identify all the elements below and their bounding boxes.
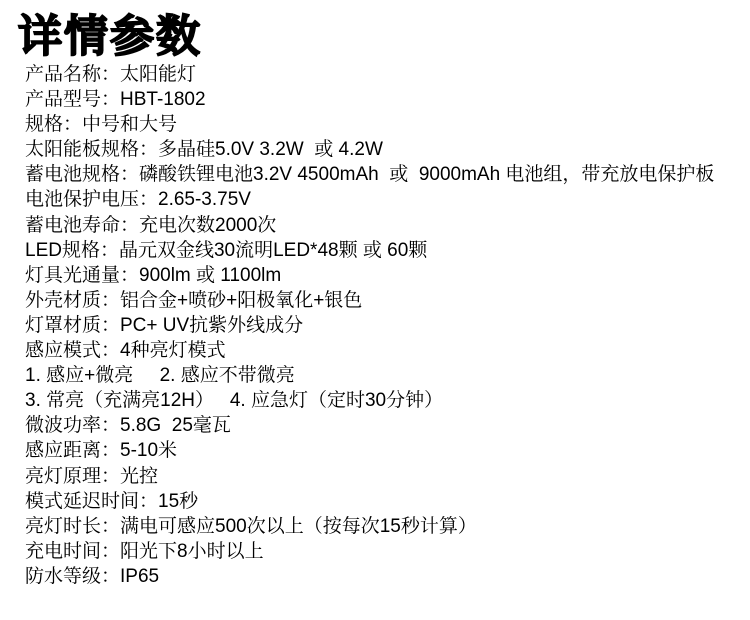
spec-line: 外壳材质：铝合金+喷砂+阳极氧化+银色 xyxy=(25,288,750,313)
spec-line: 产品型号：HBT-1802 xyxy=(25,87,750,112)
spec-line: 充电时间：阳光下8小时以上 xyxy=(25,539,750,564)
spec-line: 灯罩材质：PC+ UV抗紫外线成分 xyxy=(25,313,750,338)
spec-line: 感应模式：4种亮灯模式 xyxy=(25,338,750,363)
spec-line: LED规格：晶元双金线30流明LED*48颗 或 60颗 xyxy=(25,238,750,263)
spec-line: 感应距离：5-10米 xyxy=(25,438,750,463)
spec-line: 产品名称：太阳能灯 xyxy=(25,62,750,87)
spec-line: 1. 感应+微亮 2. 感应不带微亮 xyxy=(25,363,750,388)
spec-list: 产品名称：太阳能灯产品型号：HBT-1802规格：中号和大号太阳能板规格：多晶硅… xyxy=(0,60,750,589)
spec-line: 亮灯时长：满电可感应500次以上（按每次15秒计算） xyxy=(25,514,750,539)
spec-line: 3. 常亮（充满亮12H） 4. 应急灯（定时30分钟） xyxy=(25,388,750,413)
spec-line: 蓄电池规格：磷酸铁锂电池3.2V 4500mAh 或 9000mAh 电池组，带… xyxy=(25,162,750,187)
spec-line: 模式延迟时间：15秒 xyxy=(25,489,750,514)
spec-line: 规格：中号和大号 xyxy=(25,112,750,137)
spec-line: 电池保护电压：2.65-3.75V xyxy=(25,187,750,212)
spec-line: 太阳能板规格：多晶硅5.0V 3.2W 或 4.2W xyxy=(25,137,750,162)
page-title: 详情参数 xyxy=(0,0,750,60)
spec-line: 防水等级：IP65 xyxy=(25,564,750,589)
spec-line: 亮灯原理：光控 xyxy=(25,464,750,489)
spec-line: 灯具光通量：900lm 或 1100lm xyxy=(25,263,750,288)
spec-sheet-page: { "page": { "title": "详情参数", "background… xyxy=(0,0,750,620)
spec-sheet: 详情参数 产品名称：太阳能灯产品型号：HBT-1802规格：中号和大号太阳能板规… xyxy=(0,0,750,620)
spec-line: 蓄电池寿命：充电次数2000次 xyxy=(25,213,750,238)
spec-line: 微波功率：5.8G 25毫瓦 xyxy=(25,413,750,438)
